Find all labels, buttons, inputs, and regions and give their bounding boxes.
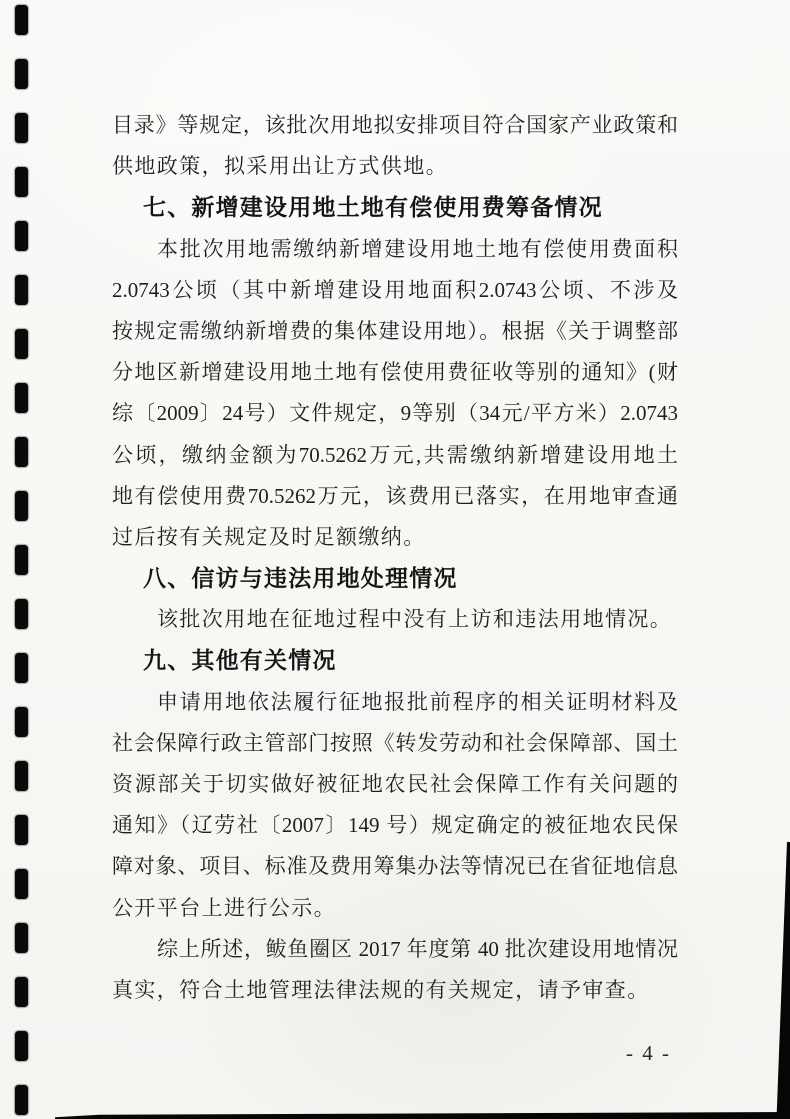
binding-hole — [15, 653, 28, 683]
binding-hole — [15, 707, 28, 737]
document-body: 目录》等规定，该批次用地拟安排项目符合国家产业政策和供地政策，拟采用出让方式供地… — [112, 105, 678, 1011]
text-line: 公顷，缴纳金额为70.5262万元,共需缴纳新增建设用地土 — [112, 435, 678, 476]
text-line: 真实，符合土地管理法律法规的有关规定，请予审查。 — [112, 970, 678, 1011]
binding-hole — [15, 1031, 28, 1061]
text-line: 该批次用地在征地过程中没有上访和违法用地情况。 — [112, 599, 678, 640]
text-line: 本批次用地需缴纳新增建设用地土地有偿使用费面积 — [112, 229, 678, 270]
binding-hole — [15, 545, 28, 575]
text-line: 障对象、项目、标准及费用筹集办法等情况已在省征地信息 — [112, 846, 678, 887]
text-line: 资源部关于切实做好被征地农民社会保障工作有关问题的 — [112, 764, 678, 805]
text-line: 社会保障行政主管部门按照《转发劳动和社会保障部、国土 — [112, 723, 678, 764]
binding-hole — [15, 59, 28, 89]
binding-hole — [15, 1085, 28, 1115]
text-line: 公开平台上进行公示。 — [112, 888, 678, 929]
section-heading: 七、新增建设用地土地有偿使用费筹备情况 — [112, 187, 678, 228]
binding-hole — [15, 869, 28, 899]
text-line: 2.0743公顷（其中新增建设用地面积2.0743公顷、不涉及 — [112, 270, 678, 311]
binding-hole — [15, 599, 28, 629]
scan-edge-right — [775, 842, 790, 1119]
text-line: 按规定需缴纳新增费的集体建设用地）。根据《关于调整部 — [112, 311, 678, 352]
scan-edge-bottom — [55, 1112, 790, 1119]
binding-hole — [15, 923, 28, 953]
text-line: 通知》（辽劳社〔2007〕149 号）规定确定的被征地农民保 — [112, 805, 678, 846]
page-number: - 4 - — [626, 1038, 696, 1068]
binding-hole — [15, 815, 28, 845]
text-line: 地有偿使用费70.5262万元，该费用已落实，在用地审查通 — [112, 476, 678, 517]
text-line: 申请用地依法履行征地报批前程序的相关证明材料及 — [112, 682, 678, 723]
binding-hole — [15, 329, 28, 359]
binding-hole — [15, 977, 28, 1007]
binding-hole — [15, 113, 28, 143]
binding-hole — [15, 383, 28, 413]
binding-hole — [15, 437, 28, 467]
text-line: 目录》等规定，该批次用地拟安排项目符合国家产业政策和 — [112, 105, 678, 146]
section-heading: 九、其他有关情况 — [112, 640, 678, 681]
text-line: 综上所述，鲅鱼圈区 2017 年度第 40 批次建设用地情况 — [112, 929, 678, 970]
binding-hole — [15, 491, 28, 521]
text-line: 综〔2009〕24号）文件规定，9等别（34元/平方米）2.0743 — [112, 393, 678, 434]
binding-hole — [15, 761, 28, 791]
binding-hole — [15, 221, 28, 251]
binding-hole — [15, 5, 28, 35]
text-line: 过后按有关规定及时足额缴纳。 — [112, 517, 678, 558]
section-heading: 八、信访与违法用地处理情况 — [112, 558, 678, 599]
binding-hole — [15, 167, 28, 197]
binding-hole — [15, 275, 28, 305]
scanned-document-page: 目录》等规定，该批次用地拟安排项目符合国家产业政策和供地政策，拟采用出让方式供地… — [0, 0, 790, 1119]
text-line: 分地区新增建设用地土地有偿使用费征收等别的通知》(财 — [112, 352, 678, 393]
text-line: 供地政策，拟采用出让方式供地。 — [112, 146, 678, 187]
